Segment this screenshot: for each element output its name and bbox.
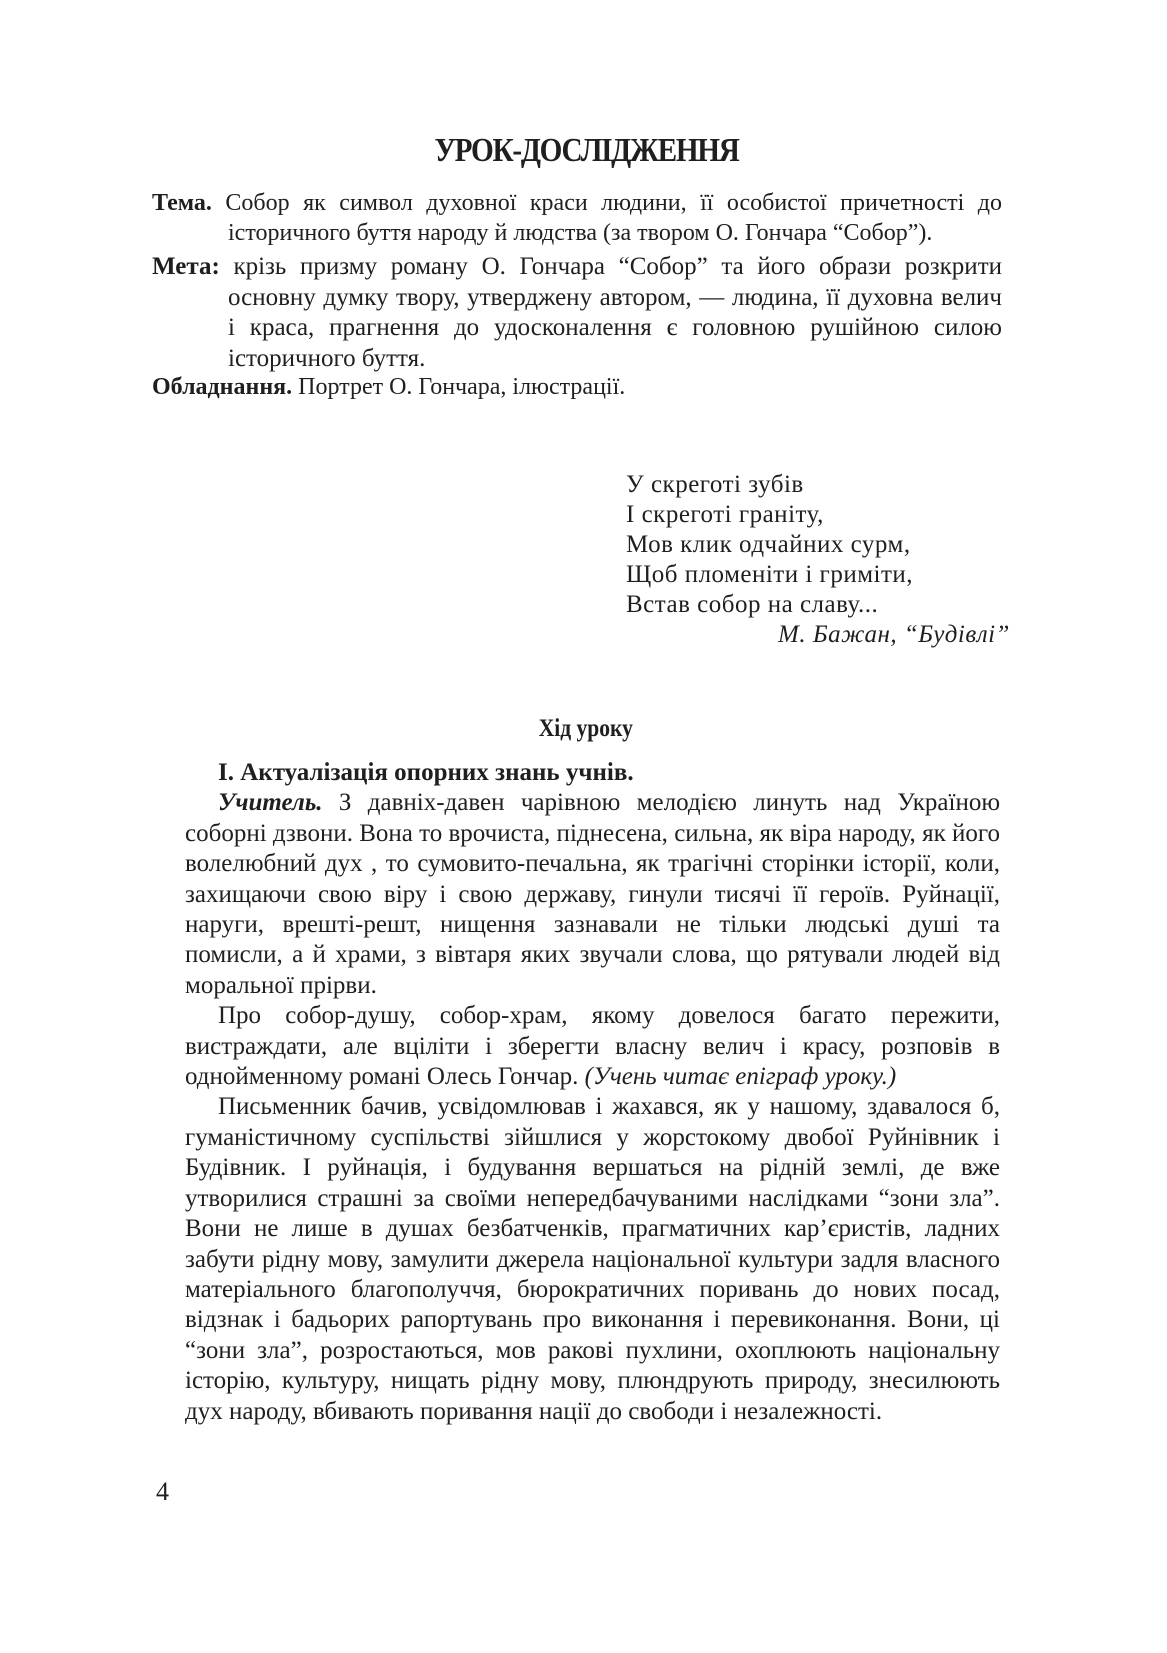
epigraph-line: І скреготі граніту, bbox=[626, 500, 1010, 530]
goal-label: Мета: bbox=[152, 253, 220, 280]
goal-text: крізь призму роману О. Гончара “Собор” т… bbox=[228, 253, 1002, 372]
page-number: 4 bbox=[156, 1477, 169, 1507]
speaker-label: Учитель. bbox=[218, 789, 323, 816]
paragraph: Про собор-душу, собор-храм, якому довело… bbox=[185, 1001, 1000, 1092]
lesson-goal: Мета: крізь призму роману О. Гончара “Со… bbox=[152, 252, 1002, 374]
epigraph-line: Мов клик одчайних сурм, bbox=[626, 530, 1010, 560]
paragraph: Письменник бачив, усвідомлював і жахався… bbox=[185, 1092, 1000, 1426]
epigraph-line: У скреготі зубів bbox=[626, 470, 1010, 500]
epigraph-line: Встав собор на славу... bbox=[626, 590, 1010, 620]
lesson-equipment: Обладнання. Портрет О. Гончара, ілюстрац… bbox=[152, 372, 1002, 402]
paragraph: Учитель. З давніх-давен чарівною мелодіє… bbox=[185, 788, 1000, 1001]
stage-direction: (Учень читає епіграф уроку.) bbox=[585, 1063, 897, 1090]
equipment-label: Обладнання. bbox=[152, 374, 292, 400]
equipment-text: Портрет О. Гончара, ілюстрації. bbox=[298, 374, 625, 400]
paragraph-text: Письменник бачив, усвідомлював і жахався… bbox=[185, 1093, 1000, 1424]
paragraph-text: З давніх-давен чарівною мелодією линуть … bbox=[185, 789, 1000, 998]
epigraph-attribution: М. Бажан, “Будівлі” bbox=[626, 620, 1010, 650]
topic-label: Тема. bbox=[152, 190, 212, 216]
subsection-title: І. Актуалізація опорних знань учнів. bbox=[185, 758, 1000, 788]
document-page: УРОК-ДОСЛІДЖЕННЯ Тема. Собор як символ д… bbox=[0, 0, 1167, 1653]
epigraph: У скреготі зубів І скреготі граніту, Мов… bbox=[626, 470, 1010, 650]
page-title: УРОК-ДОСЛІДЖЕННЯ bbox=[85, 132, 1089, 170]
section-title: Хід уроку bbox=[84, 715, 1088, 743]
lesson-topic: Тема. Собор як символ духовної краси люд… bbox=[152, 188, 1002, 248]
topic-text: Собор як символ духовної краси людини, ї… bbox=[225, 190, 1002, 246]
epigraph-line: Щоб пломеніти і гриміти, bbox=[626, 560, 1010, 590]
lesson-body: І. Актуалізація опорних знань учнів. Учи… bbox=[185, 758, 1000, 1427]
